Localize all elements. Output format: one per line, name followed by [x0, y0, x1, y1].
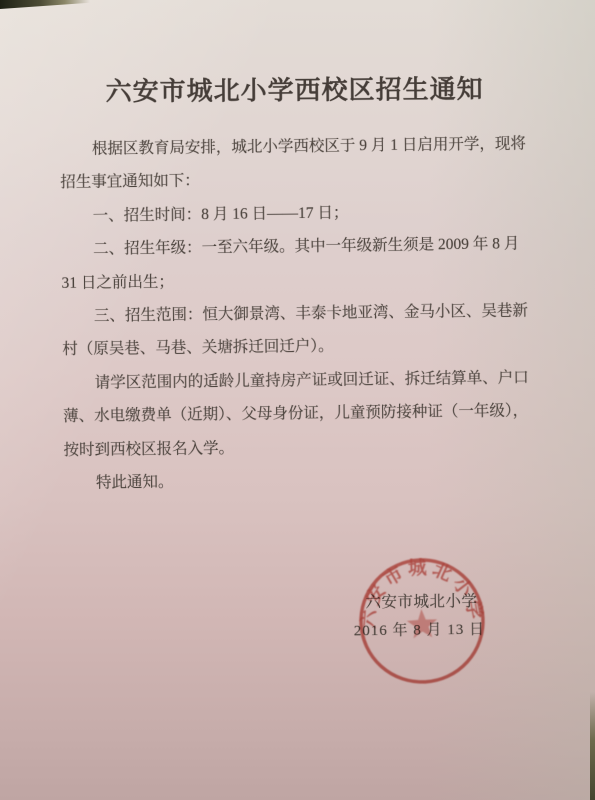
official-seal: 六安市城北小学 — [346, 545, 497, 696]
document-title: 六安市城北小学西校区招生通知 — [0, 68, 592, 109]
document-body: 根据区教育局安排，城北小学西校区于 9 月 1 日启用开学，现将 招生事宜通知如… — [60, 127, 536, 500]
body-line: 三、招生范围：恒大御景湾、丰泰卡地亚湾、金马小区、吴巷新 — [62, 294, 534, 333]
body-line: 二、招生年级：一至六年级。其中一年级新生须是 2009 年 8 月 — [61, 227, 533, 266]
body-line: 特此通知。 — [64, 461, 536, 500]
seal-star-icon — [406, 608, 438, 638]
photographed-notice-page: 六安市城北小学西校区招生通知 根据区教育局安排，城北小学西校区于 9 月 1 日… — [0, 0, 595, 800]
printed-text-layer: 六安市城北小学西校区招生通知 根据区教育局安排，城北小学西校区于 9 月 1 日… — [0, 0, 595, 800]
body-line: 薄、水电缴费单（近期）、父母身份证，儿童预防接种证（一年级）， — [63, 394, 535, 433]
body-line: 根据区教育局安排，城北小学西校区于 9 月 1 日启用开学，现将 — [60, 127, 532, 166]
